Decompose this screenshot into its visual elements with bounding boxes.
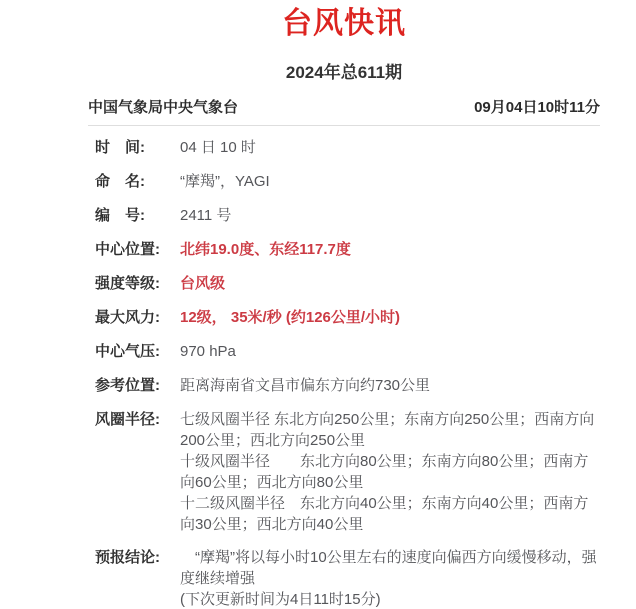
row-forecast-conclusion-value: “摩羯”将以每小时10公里左右的速度向偏西方向缓慢移动，强度继续增强 (下次更新… bbox=[180, 547, 600, 609]
wind-circle-level12: 十二级风圈半径 东北方向40公里；东南方向40公里；西南方向30公里；西北方向4… bbox=[180, 493, 600, 535]
row-name-label: 命 名: bbox=[95, 171, 180, 193]
row-number: 编 号: 2411 号 bbox=[95, 205, 600, 227]
row-center-position-value: 北纬19.0度、东经117.7度 bbox=[180, 239, 600, 261]
next-update-time: (下次更新时间为4日11时15分) bbox=[180, 589, 600, 609]
row-wind-circle-radius-label: 风圈半径: bbox=[95, 409, 180, 431]
publish-datetime: 09月04日10时11分 bbox=[474, 98, 600, 118]
row-max-wind: 最大风力: 12级， 35米/秒 (约126公里/小时) bbox=[95, 307, 600, 329]
row-forecast-conclusion: 预报结论: “摩羯”将以每小时10公里左右的速度向偏西方向缓慢移动，强度继续增强… bbox=[95, 547, 600, 609]
row-max-wind-value: 12级， 35米/秒 (约126公里/小时) bbox=[180, 307, 600, 329]
typhoon-bulletin: 台风快讯 2024年总611期 中国气象局中央气象台 09月04日10时11分 … bbox=[0, 0, 636, 609]
row-number-label: 编 号: bbox=[95, 205, 180, 227]
row-wind-circle-radius: 风圈半径: 七级风圈半径 东北方向250公里；东南方向250公里；西南方向200… bbox=[95, 409, 600, 535]
row-intensity: 强度等级: 台风级 bbox=[95, 273, 600, 295]
row-time: 时 间: 04 日 10 时 bbox=[95, 137, 600, 159]
agency-name: 中国气象局中央气象台 bbox=[88, 98, 238, 118]
row-number-value: 2411 号 bbox=[180, 205, 600, 227]
masthead: 中国气象局中央气象台 09月04日10时11分 bbox=[88, 98, 600, 118]
row-central-pressure-value: 970 hPa bbox=[180, 341, 600, 363]
wind-circle-level10: 十级风圈半径 东北方向80公里；东南方向80公里；西南方向60公里；西北方向80… bbox=[180, 451, 600, 493]
row-central-pressure-label: 中心气压: bbox=[95, 341, 180, 363]
page-title: 台风快讯 bbox=[88, 6, 600, 42]
row-center-position-label: 中心位置: bbox=[95, 239, 180, 261]
wind-circle-level7: 七级风圈半径 东北方向250公里；东南方向250公里；西南方向200公里；西北方… bbox=[180, 409, 600, 451]
row-reference-position-value: 距离海南省文昌市偏东方向约730公里 bbox=[180, 375, 600, 397]
row-wind-circle-radius-value: 七级风圈半径 东北方向250公里；东南方向250公里；西南方向200公里；西北方… bbox=[180, 409, 600, 535]
row-center-position: 中心位置: 北纬19.0度、东经117.7度 bbox=[95, 239, 600, 261]
row-time-value: 04 日 10 时 bbox=[180, 137, 600, 159]
row-forecast-conclusion-label: 预报结论: bbox=[95, 547, 180, 569]
row-central-pressure: 中心气压: 970 hPa bbox=[95, 341, 600, 363]
row-reference-position-label: 参考位置: bbox=[95, 375, 180, 397]
bulletin-fields: 时 间: 04 日 10 时 命 名: “摩羯”，YAGI 编 号: 2411 … bbox=[88, 137, 600, 609]
row-time-label: 时 间: bbox=[95, 137, 180, 159]
row-name: 命 名: “摩羯”，YAGI bbox=[95, 171, 600, 193]
row-intensity-value: 台风级 bbox=[180, 273, 600, 295]
forecast-text: “摩羯”将以每小时10公里左右的速度向偏西方向缓慢移动，强度继续增强 bbox=[180, 547, 600, 589]
row-reference-position: 参考位置: 距离海南省文昌市偏东方向约730公里 bbox=[95, 375, 600, 397]
row-name-value: “摩羯”，YAGI bbox=[180, 171, 600, 193]
divider-line bbox=[88, 125, 600, 126]
issue-number: 2024年总611期 bbox=[88, 62, 600, 84]
row-max-wind-label: 最大风力: bbox=[95, 307, 180, 329]
row-intensity-label: 强度等级: bbox=[95, 273, 180, 295]
